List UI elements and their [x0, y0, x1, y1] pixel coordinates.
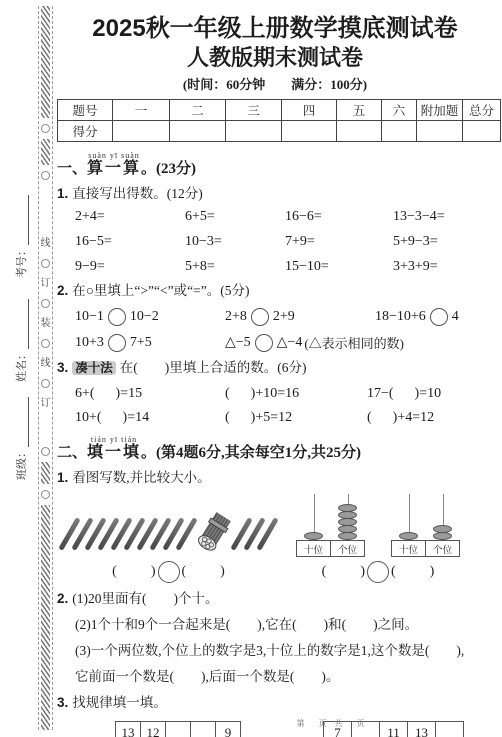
- binding-circle: [41, 447, 50, 456]
- stick-bundle-image: [191, 509, 237, 557]
- place-value-abacus: 十位个位: [296, 494, 365, 557]
- arithmetic-problem: 5+8=: [185, 259, 285, 275]
- place-value-box: 十位个位: [391, 540, 460, 557]
- arithmetic-problem: 10−3=: [185, 234, 285, 250]
- exam-number-line: [18, 195, 29, 245]
- fill-blank-row: 6+( )=15( )+10=1617−( )=10: [75, 386, 493, 402]
- section2-name: 填一填: [87, 444, 141, 462]
- score-input-cell: [113, 121, 170, 142]
- question-text: 直接写出得数。(12分): [72, 186, 203, 201]
- exam-number-label: 考号：: [13, 245, 29, 278]
- binding-hatch: [41, 462, 50, 484]
- abacus-rod-column: [331, 494, 365, 540]
- abacus-bead: [399, 532, 418, 540]
- arithmetic-problem: 9−9=: [75, 259, 185, 275]
- place-value-box: 十位个位: [296, 540, 365, 557]
- binding-circle: [41, 379, 50, 388]
- question-2-2-line2: (2)1个十和9个一合起来是( ),它在( )和( )之间。: [75, 615, 493, 635]
- binding-circle: [41, 259, 50, 268]
- sticks-figure: ()(): [67, 505, 270, 583]
- question-number: 3.: [57, 360, 68, 375]
- worksheet-page: 考号： 姓名： 班级： 线订装线订 2025秋一年级上册数学摸底测试卷 人教版期…: [0, 0, 502, 737]
- binding-circle: [41, 339, 50, 348]
- section1-heading: 一、 suàn yī suàn 算一算 。(23分): [57, 151, 493, 178]
- paren: (: [182, 564, 187, 580]
- left-expression: 10−1: [75, 309, 104, 325]
- name-field: 姓名：: [15, 282, 29, 382]
- question-text: 在( )里填上合适的数。(6分): [120, 360, 307, 375]
- compare-circle: [367, 561, 389, 583]
- arithmetic-problem: 16−6=: [285, 209, 393, 225]
- sticks-compare-line: ()(): [112, 561, 225, 583]
- paren: ): [360, 564, 365, 580]
- fill-blank-problem: 17−( )=10: [367, 386, 441, 402]
- left-expression: △−5: [225, 334, 251, 351]
- abacus-rod-column: [426, 494, 460, 540]
- question-number: 3.: [57, 695, 68, 710]
- score-table-header-cell: 五: [337, 100, 382, 121]
- question-2-2: 2.(1)20里面有( )个十。: [57, 589, 493, 609]
- right-expression: 7+5: [130, 335, 152, 351]
- arithmetic-problem: 3+3+9=: [393, 259, 493, 275]
- compare-circle: [251, 308, 269, 326]
- loose-sticks-left: [67, 511, 189, 557]
- compare-problem: 2+82+9: [225, 308, 375, 326]
- question-text: (1)20里面有( )个十。: [72, 591, 218, 606]
- score-input-cell: [382, 121, 417, 142]
- place-value-label: 个位: [330, 541, 364, 556]
- paren: (: [322, 564, 327, 580]
- arithmetic-problem: 15−10=: [285, 259, 393, 275]
- score-input-cell: [417, 121, 463, 142]
- binding-circle: [41, 124, 50, 133]
- left-expression: 18−10+6: [375, 309, 426, 325]
- left-expression: 2+8: [225, 309, 247, 325]
- binding-hatch: [41, 139, 50, 165]
- paren: (: [391, 564, 396, 580]
- abacus-rod-column: [297, 494, 331, 540]
- compare-circle: [108, 334, 126, 352]
- fill-blank-problem: ( )+10=16: [225, 386, 367, 402]
- arithmetic-problem: 6+5=: [185, 209, 285, 225]
- problem-note: (△表示相同的数): [304, 333, 404, 352]
- binding-circle: [41, 490, 50, 499]
- section2-points: 。(第4题6分,其余每空1分,共25分): [141, 444, 361, 462]
- binding-circle: [41, 171, 50, 180]
- score-table-header-cell: 六: [382, 100, 417, 121]
- question-number: 1.: [57, 470, 68, 485]
- fill-blank-problem: 6+( )=15: [75, 386, 225, 402]
- section1-name: 算一算: [87, 160, 141, 178]
- score-input-cell: [226, 121, 282, 142]
- section1-points: 。(23分): [141, 160, 196, 178]
- compare-circle: [430, 308, 448, 326]
- paren: ): [220, 564, 225, 580]
- fill-blank-row: 10+( )=14( )+5=12( )+4=12: [75, 410, 493, 426]
- abacus-compare-line: ()(): [322, 561, 435, 583]
- arithmetic-grid: 2+4=6+5=16−6=13−3−4=16−5=10−3=7+9=5+9−3=…: [75, 209, 493, 275]
- abacus-bead: [338, 532, 357, 540]
- question-number: 1.: [57, 186, 68, 201]
- place-value-label: 十位: [297, 541, 330, 556]
- right-expression: △−4: [277, 334, 303, 351]
- exam-number-field: 考号：: [15, 178, 29, 278]
- score-input-cell: [463, 121, 501, 142]
- fill-blank-problem: ( )+4=12: [367, 410, 434, 426]
- binding-strip: 线订装线订: [38, 6, 53, 730]
- abacus-rods: [297, 494, 365, 540]
- page-footer: 第 页 共 页: [114, 718, 502, 729]
- paren: (: [112, 564, 117, 580]
- name-line: [18, 299, 29, 349]
- question-text: 看图写数,并比较大小。: [72, 470, 210, 485]
- place-value-label: 个位: [425, 541, 459, 556]
- section1-pinyin: suàn yī suàn: [88, 151, 140, 160]
- question-text: 找规律填一填。: [72, 695, 167, 710]
- section2-title: tián yī tián 填一填: [87, 435, 141, 462]
- compare-row: 10−110−22+82+918−10+64: [75, 308, 493, 326]
- binding-char: 订: [41, 278, 51, 289]
- section2-heading: 二、 tián yī tián 填一填 。(第4题6分,其余每空1分,共25分): [57, 435, 493, 462]
- question-1-3: 3.凑十法在( )里填上合适的数。(6分): [57, 358, 493, 378]
- compare-row: 10+37+5△−5△−4(△表示相同的数): [75, 333, 493, 352]
- question-2-2-line3: (3)一个两位数,个位上的数字是3,十位上的数字是1,这个数是( ),: [75, 641, 493, 661]
- arithmetic-problem: 16−5=: [75, 234, 185, 250]
- score-table-score-row: 得分: [58, 121, 501, 142]
- section1-title: suàn yī suàn 算一算: [87, 151, 141, 178]
- paper-content: 2025秋一年级上册数学摸底测试卷 人教版期末测试卷 (时间：60分钟 满分：1…: [57, 8, 493, 737]
- method-badge: 凑十法: [72, 361, 116, 375]
- section2-number: 二、: [57, 444, 87, 462]
- name-label: 姓名：: [13, 349, 29, 382]
- abacus-bead: [433, 532, 452, 540]
- binding-hatch: [41, 505, 50, 730]
- compare-problem: 18−10+64: [375, 308, 459, 326]
- loose-sticks-right: [239, 511, 270, 557]
- abacus-rods: [392, 494, 460, 540]
- left-expression: 10+3: [75, 335, 104, 351]
- paren: ): [430, 564, 435, 580]
- score-input-cell: [282, 121, 337, 142]
- place-value-label: 十位: [392, 541, 425, 556]
- compare-problem: 10−110−2: [75, 308, 225, 326]
- class-label: 班级：: [13, 447, 29, 480]
- compare-circle: [158, 561, 180, 583]
- class-line: [18, 397, 29, 447]
- score-table-header-row: 题号一二三四五六附加题总分: [58, 100, 501, 121]
- compare-circle: [255, 334, 273, 352]
- score-input-cell: [337, 121, 382, 142]
- score-table-header-cell: 三: [226, 100, 282, 121]
- question-1-2: 2.在○里填上“>”“<”或“=”。(5分): [57, 281, 493, 301]
- binding-char: 线: [41, 238, 51, 249]
- score-table: 题号一二三四五六附加题总分 得分: [57, 99, 501, 142]
- right-expression: 4: [452, 309, 459, 325]
- question-number: 2.: [57, 283, 68, 298]
- question-2-2-line4: 它前面一个数是( ),后面一个数是( )。: [75, 667, 493, 687]
- page-subtitle: 人教版期末测试卷: [57, 44, 493, 72]
- question-1-1: 1.直接写出得数。(12分): [57, 184, 493, 204]
- place-value-abacus: 十位个位: [391, 494, 460, 557]
- abacus-bead: [304, 532, 323, 540]
- score-table-header-cell: 四: [282, 100, 337, 121]
- arithmetic-problem: 5+9−3=: [393, 234, 493, 250]
- compare-problems: 10−110−22+82+918−10+6410+37+5△−5△−4(△表示相…: [57, 308, 493, 352]
- binding-hatch: [41, 6, 50, 118]
- class-field: 班级：: [15, 380, 29, 480]
- binding-char: 线: [41, 358, 51, 369]
- question-2-3: 3.找规律填一填。: [57, 693, 493, 713]
- score-table-header-cell: 二: [170, 100, 226, 121]
- section1-number: 一、: [57, 160, 87, 178]
- score-table-header-cell: 附加题: [417, 100, 463, 121]
- fill-blank-problem: 10+( )=14: [75, 410, 225, 426]
- binding-circle: [41, 299, 50, 308]
- score-table-header-cell: 一: [113, 100, 170, 121]
- compare-problem: 10+37+5: [75, 334, 225, 352]
- question-number: 2.: [57, 591, 68, 606]
- binding-char: 装: [41, 318, 51, 329]
- score-input-cell: [170, 121, 226, 142]
- abacus-rod-column: [392, 494, 426, 540]
- question-text: 在○里填上“>”“<”或“=”。(5分): [72, 283, 249, 298]
- right-expression: 10−2: [130, 309, 159, 325]
- page-title: 2025秋一年级上册数学摸底测试卷: [57, 14, 493, 44]
- binding-char: 订: [41, 398, 51, 409]
- time-score-info: (时间：60分钟 满分：100分): [57, 74, 493, 93]
- score-table-header-cell: 总分: [463, 100, 501, 121]
- right-expression: 2+9: [273, 309, 295, 325]
- compare-circle: [108, 308, 126, 326]
- abacus-figure: 十位个位十位个位 ()(): [296, 494, 460, 583]
- score-table-header-cell: 题号: [58, 100, 113, 121]
- arithmetic-problem: 2+4=: [75, 209, 185, 225]
- arithmetic-problem: 7+9=: [285, 234, 393, 250]
- arithmetic-problem: 13−3−4=: [393, 209, 493, 225]
- fill-blank-problem: ( )+5=12: [225, 410, 367, 426]
- question-2-1: 1.看图写数,并比较大小。: [57, 468, 493, 488]
- picture-comparison: ()() 十位个位十位个位 ()(): [67, 494, 493, 583]
- abacus-row: 十位个位十位个位: [296, 494, 460, 557]
- sticks-row: [67, 505, 270, 557]
- score-row-label: 得分: [58, 121, 113, 142]
- compare-problem: △−5△−4(△表示相同的数): [225, 333, 404, 352]
- paren: ): [151, 564, 156, 580]
- fill-blank-problems: 6+( )=15( )+10=1617−( )=1010+( )=14( )+5…: [57, 386, 493, 426]
- section2-pinyin: tián yī tián: [91, 435, 137, 444]
